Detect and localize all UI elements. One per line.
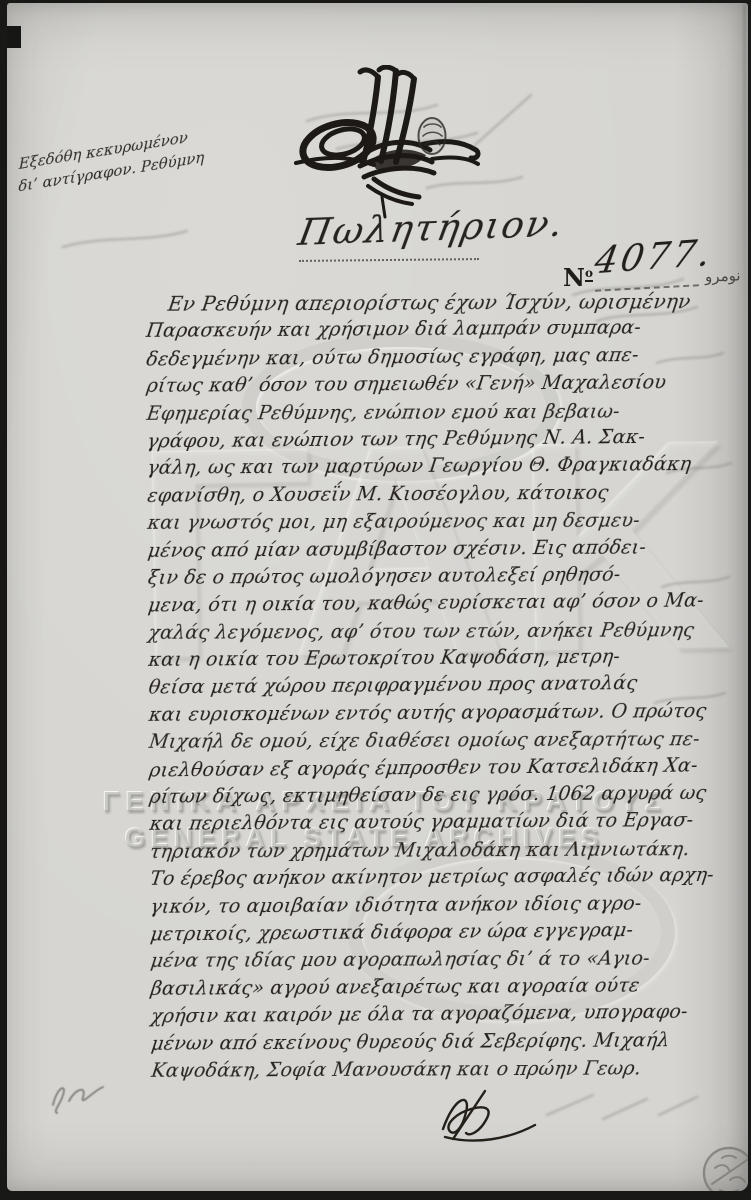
document-title: Πωλητήριον. [295,201,568,254]
small-oval-seal-icon [416,115,448,157]
round-seal-stamp-icon [700,1144,748,1191]
manuscript-line: Καψοδάκη, Σοφία Μανουσάκη και ο πρώην Γε… [150,1055,748,1085]
manuscript-line: χρήσιν και καιρόν με όλα τα αγοραζόμενα,… [149,998,748,1031]
manuscript-line: και ευρισκομένων εντός αυτής αγορασμάτων… [147,698,748,730]
manuscript-paper: ΓΑΚ ΓΕΝΙΚΑ ΑΡΧΕΙΑ ΤΟΥ ΚΡΑΤΟΥΣ GENERAL ST… [7,3,748,1191]
scan-edge-notch [7,26,21,48]
manuscript-line: μενα, ότι η οικία του, καθώς ευρίσκεται … [146,587,748,620]
manuscript-line: ρίτως καθ’ όσον του σημειωθέν «Γενή» Μαχ… [145,369,748,401]
verso-note-mark [43,1075,113,1120]
number-ottoman-label: نومرو [705,266,741,285]
manuscript-line: γάλη, ως και των μαρτύρων Γεωργίου Θ. Φρ… [145,451,748,483]
tughra-emblem-icon [290,65,485,225]
manuscript-line: μετρικοίς, χρεωστικά διάφορα εν ώρα εγγε… [149,916,748,949]
manuscript-line: μένων από εκείνους θυρεούς διά Σεβερίφης… [149,1026,748,1058]
document-number: 4077. [591,233,716,283]
scanned-archive-page: { "document": { "title": "Πωλητήριον.", … [0,0,751,1200]
manuscript-line: και γνωστός μοι, μη εξαιρούμενος και μη … [146,507,748,537]
manuscript-line: και περιελθόντα εις αυτούς γραμματίων δι… [148,807,748,839]
manuscript-line: μένα της ιδίας μου αγοραπωλησίας δι’ ά τ… [149,945,748,975]
signature-flourish [425,1085,545,1147]
marginal-note: Εξεδόθη κεκυρωμένον δι’ αντίγραφον. Ρεθύ… [18,115,256,197]
manuscript-line: μένος από μίαν ασυμβίβαστον σχέσιν. Εις … [146,533,748,565]
manuscript-line: Το έρεβος ανήκον ακίνητον μετρίως ασφαλέ… [148,862,748,894]
title-underline [299,258,479,262]
manuscript-body: Εν Ρεθύμνη απεριορίστως έχων Ίσχύν, ωρισ… [146,287,748,1086]
manuscript-line: εφανίσθη, ο Χουσεΐν Μ. Κιοσέογλου, κάτοι… [146,478,748,510]
